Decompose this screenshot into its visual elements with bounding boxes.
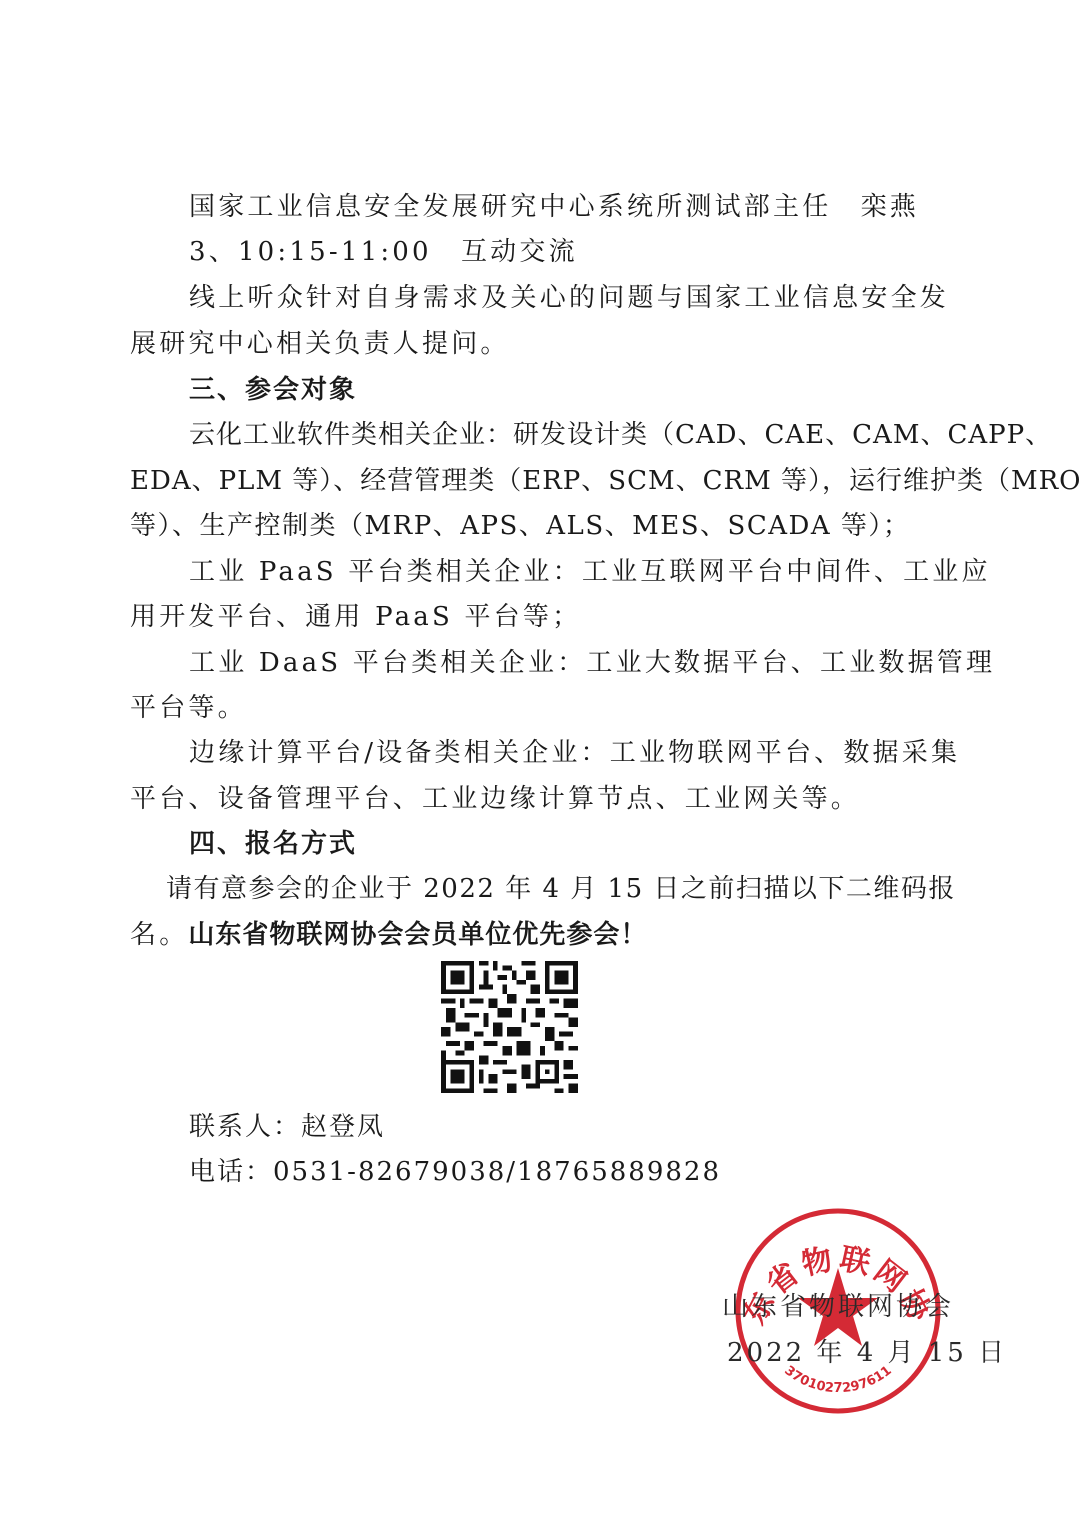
member-priority-note: 山东省物联网协会会员单位优先参会！	[188, 920, 647, 950]
cloud-software-line-2: EDA、PLM 等）、经营管理类（ERP、SCM、CRM 等），运行维护类（MR…	[130, 464, 951, 498]
paas-line-2: 用开发平台、通用 PaaS 平台等；	[130, 600, 581, 634]
register-line-2: 名。山东省物联网协会会员单位优先参会！	[130, 918, 647, 952]
agenda-item-3: 3、10:15-11:00 互动交流	[189, 235, 578, 269]
contact-phone: 电话：0531-82679038/18765889828	[189, 1155, 721, 1189]
qr-code-icon[interactable]	[441, 961, 578, 1093]
daas-line-1: 工业 DaaS 平台类相关企业：工业大数据平台、工业数据管理	[189, 646, 949, 680]
cloud-software-line-1: 云化工业软件类相关企业：研发设计类（CAD、CAE、CAM、CAPP、	[189, 418, 951, 452]
document-page: 国家工业信息安全发展研究中心系统所测试部主任 栾燕 3、10:15-11:00 …	[0, 0, 1080, 1528]
edge-line-1: 边缘计算平台/设备类相关企业：工业物联网平台、数据采集	[189, 736, 949, 770]
speaker-line: 国家工业信息安全发展研究中心系统所测试部主任 栾燕	[189, 190, 909, 224]
qa-paragraph-line-2: 展研究中心相关负责人提问。	[130, 327, 510, 361]
edge-line-2: 平台、设备管理平台、工业边缘计算节点、工业网关等。	[130, 782, 860, 816]
contact-person: 联系人：赵登凤	[189, 1110, 385, 1144]
register-line-2-prefix: 名。	[130, 920, 188, 950]
signature-organization: 山东省物联网协会	[722, 1290, 954, 1324]
daas-line-2: 平台等。	[130, 691, 247, 725]
section-4-heading: 四、报名方式	[189, 827, 357, 861]
qa-paragraph-line-1: 线上听众针对自身需求及关心的问题与国家工业信息安全发	[189, 281, 949, 315]
signature-date: 2022 年 4 月 15 日	[727, 1336, 1007, 1370]
cloud-software-line-3: 等）、生产控制类（MRP、APS、ALS、MES、SCADA 等）；	[130, 509, 910, 543]
register-line-1: 请有意参会的企业于 2022 年 4 月 15 日之前扫描以下二维码报	[166, 872, 950, 906]
paas-line-1: 工业 PaaS 平台类相关企业：工业互联网平台中间件、工业应	[189, 555, 949, 589]
section-3-heading: 三、参会对象	[189, 373, 357, 407]
